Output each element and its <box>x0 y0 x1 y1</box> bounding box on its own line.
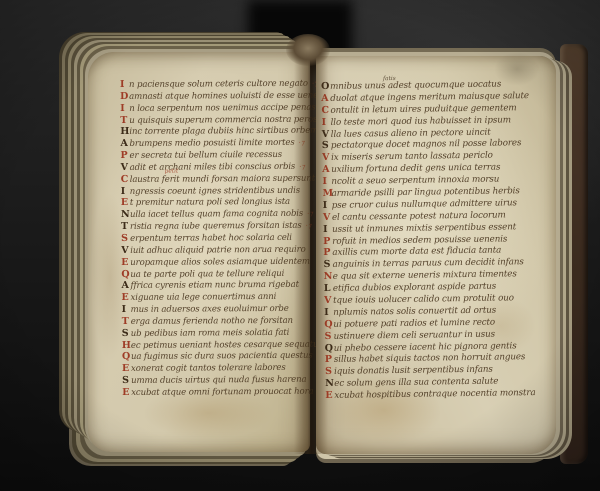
line-initial: I <box>121 186 130 197</box>
line-initial: S <box>122 328 131 339</box>
line-text: n paciensque solum ceteris cultore negat… <box>129 79 308 90</box>
line-text: laustra ferit mundi forsan maiora supers… <box>130 173 315 184</box>
line-text: inc torrente plaga dubiis hinc sirtibus … <box>129 126 318 137</box>
line-text: xcubat atque omni fortunam prouocat hora <box>131 387 313 398</box>
line-text: iuit adhuc aliquid patrie non arua requi… <box>130 245 305 256</box>
line-text: n loca serpentum nos uenimus accipe pena… <box>129 102 315 113</box>
line-initial: I <box>120 79 129 90</box>
line-initial: T <box>122 316 131 327</box>
line-initial: C <box>121 174 130 185</box>
line-text: ffrica cyrenis etiam nunc bruma rigebat <box>130 280 299 291</box>
line-initial: P <box>120 150 129 161</box>
line-text: t premitur natura poli sed longius ista <box>130 197 290 208</box>
line-text: adit et archani miles tibi conscius orbi… <box>130 162 296 173</box>
line-initial: V <box>121 245 130 256</box>
line-text: erpentum terras habet hoc solaria celi <box>130 233 292 244</box>
line-initial: E <box>122 363 131 374</box>
photo-background: In paciensque solum ceteris cultore nega… <box>0 0 600 491</box>
text-line: Excubat atque omni fortunam prouocat hor… <box>122 386 302 399</box>
line-initial: H <box>122 339 131 350</box>
right-page: fatisOmnibus unus adest quocumque uocatu… <box>316 56 556 454</box>
line-initial: Q <box>122 351 131 362</box>
line-initial: S <box>121 233 130 244</box>
right-page-text: fatisOmnibus unus adest quocumque uocatu… <box>321 78 553 402</box>
line-initial: T <box>121 221 130 232</box>
line-text: ub pedibus iam roma meis solatia fati <box>131 328 289 339</box>
line-initial: A <box>121 280 130 291</box>
line-text: xcubat hospitibus contraque nocentia mon… <box>334 388 535 401</box>
line-text: ulla iacet tellus quam fama cognita nobi… <box>130 209 303 220</box>
line-initial: I <box>122 304 131 315</box>
line-text: ua fugimus sic dura suos pacientia quest… <box>131 351 313 362</box>
line-initial: E <box>121 257 130 268</box>
line-initial: S <box>122 375 131 386</box>
spine-gutter <box>294 46 328 454</box>
line-text: erga damus ferienda notho ne forsitan <box>131 316 293 327</box>
line-initial: Q <box>121 268 130 279</box>
line-text: brumpens medio posuisti limite mortes <box>129 138 294 149</box>
line-text: er secreta tui bellum ciuile recessus <box>130 150 283 161</box>
line-initial: D <box>120 91 129 102</box>
line-text: xiguane uia lege conuertimus anni <box>130 292 276 303</box>
line-text: mus in aduersos axes euoluimur orbe <box>131 304 289 315</box>
line-initial: H <box>120 126 129 137</box>
left-page: In paciensque solum ceteris cultore nega… <box>88 52 310 452</box>
line-initial: A <box>120 138 129 149</box>
line-initial: E <box>121 197 130 208</box>
line-initial: N <box>121 209 130 220</box>
line-text: ua te parte poli qua te tellure reliqui <box>130 268 284 279</box>
line-initial: V <box>121 162 130 173</box>
line-text: xonerat cogit tantos tolerare labores <box>131 363 286 374</box>
spine-top-knot <box>286 34 330 66</box>
book-cover-edge <box>560 44 588 464</box>
line-text: umma ducis uirtus qui nuda fusus harena <box>131 375 306 386</box>
text-line: Excubat hospitibus contraque nocentia mo… <box>325 387 553 402</box>
line-text: ristia regna iube queremus forsitan ista… <box>130 221 302 232</box>
line-initial: E <box>121 292 130 303</box>
line-initial: I <box>120 103 129 114</box>
line-initial: E <box>122 387 131 398</box>
line-initial: T <box>120 114 129 125</box>
line-text: uropamque alios soles asiamque uidentem <box>130 256 310 267</box>
line-text: ngressis coeunt ignes stridentibus undis <box>130 185 300 196</box>
left-page-text: In paciensque solum ceteris cultore nega… <box>120 78 302 399</box>
